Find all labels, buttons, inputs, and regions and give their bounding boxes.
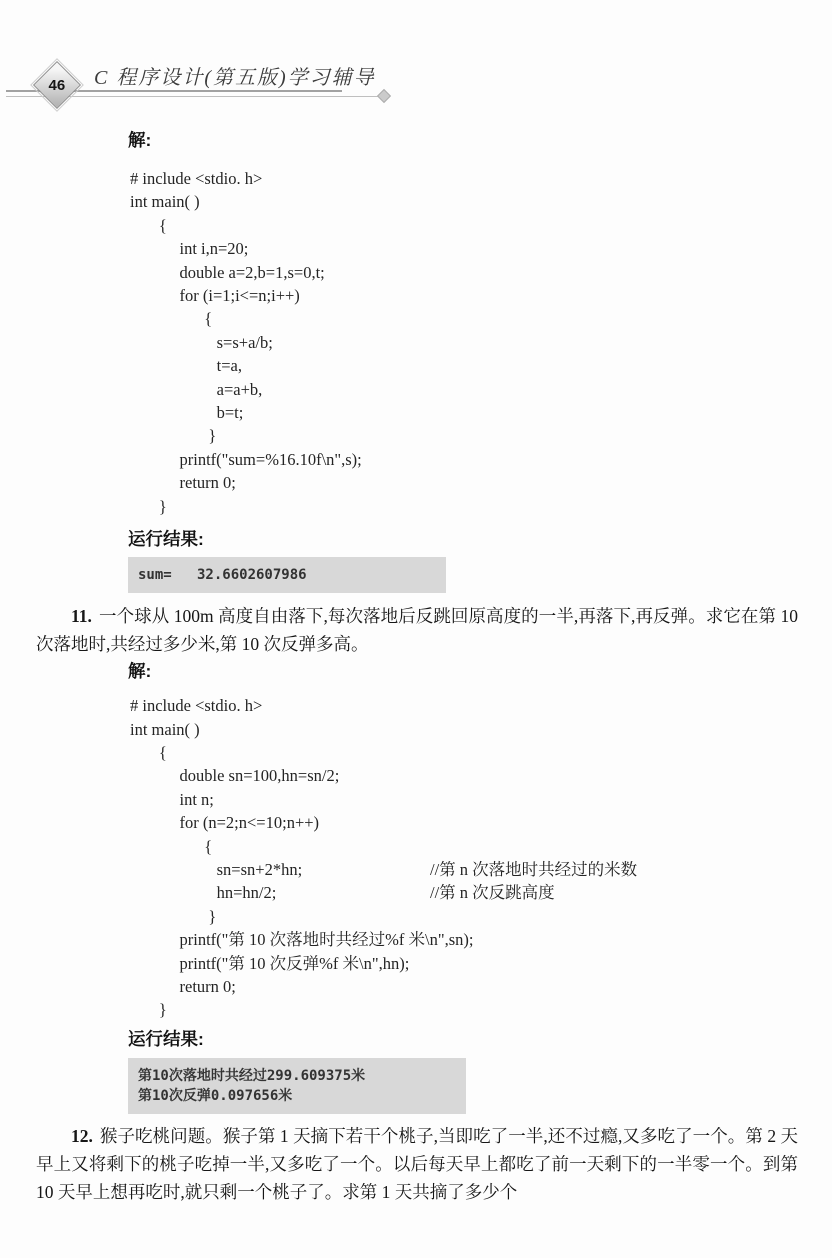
code-text: } (130, 426, 216, 445)
code-text: for (n=2;n<=10;n++) (130, 813, 319, 832)
code-text: hn=hn/2; (130, 883, 276, 902)
code-comment: //第 n 次反跳高度 (430, 881, 555, 904)
code-line: } (130, 424, 798, 447)
code-text: sn=sn+2*hn; (130, 860, 302, 879)
code-line: int main( ) (130, 190, 798, 213)
running-head-title: C 程序设计(第五版)学习辅导 (94, 61, 376, 90)
problem-12-text: 猴子吃桃问题。猴子第 1 天摘下若干个桃子,当即吃了一半,还不过瘾,又多吃了一个… (36, 1126, 798, 1202)
code-text: printf("第 10 次落地时共经过%f 米\n",sn); (130, 930, 473, 949)
page-number-badge: 46 (33, 61, 81, 109)
code-line: { (130, 307, 798, 330)
code-text: { (130, 309, 212, 328)
header-rule-diamond-ornament (377, 89, 391, 103)
problem-11-statement: 11.一个球从 100m 高度自由落下,每次落地后反跳回原高度的一半,再落下,再… (36, 602, 798, 658)
code-line: int main( ) (130, 718, 798, 741)
code-text: return 0; (130, 977, 236, 996)
console-output-problem10: sum= 32.6602607986 (128, 557, 446, 593)
console-output-problem11: 第10次落地时共经过299.609375米 第10次反弹0.097656米 (128, 1058, 466, 1114)
code-line: return 0; (130, 471, 798, 494)
textbook-page: 46 C 程序设计(第五版)学习辅导 解: # include <stdio. … (0, 0, 832, 1258)
code-text: t=a, (130, 356, 242, 375)
page-number: 46 (49, 77, 66, 94)
code-line: sn=sn+2*hn;//第 n 次落地时共经过的米数 (130, 858, 798, 881)
code-text: for (i=1;i<=n;i++) (130, 286, 300, 305)
code-line: } (130, 998, 798, 1021)
code-line: printf("sum=%16.10f\n",s); (130, 448, 798, 471)
code-text: printf("sum=%16.10f\n",s); (130, 450, 362, 469)
code-line: } (130, 495, 798, 518)
code-text: return 0; (130, 473, 236, 492)
code-line: a=a+b, (130, 378, 798, 401)
code-text: { (130, 837, 212, 856)
code-line: for (n=2;n<=10;n++) (130, 811, 798, 834)
code-text: s=s+a/b; (130, 333, 273, 352)
code-line: int i,n=20; (130, 237, 798, 260)
code-text: } (130, 497, 167, 516)
code-text: double a=2,b=1,s=0,t; (130, 263, 325, 282)
code-line: double sn=100,hn=sn/2; (130, 764, 798, 787)
code-text: int i,n=20; (130, 239, 248, 258)
code-text: int n; (130, 790, 214, 809)
code-line: b=t; (130, 401, 798, 424)
code-line: return 0; (130, 975, 798, 998)
code-comment: //第 n 次落地时共经过的米数 (430, 858, 637, 881)
code-text: int main( ) (130, 192, 200, 211)
code-text: # include <stdio. h> (130, 169, 262, 188)
code-text: b=t; (130, 403, 243, 422)
code-line: { (130, 214, 798, 237)
code-text: } (130, 1000, 167, 1019)
code-text: } (130, 907, 216, 926)
code-line: int n; (130, 788, 798, 811)
page-content: 解: # include <stdio. h>int main( ) { int… (36, 108, 798, 1258)
code-line: # include <stdio. h> (130, 694, 798, 717)
run-result-label: 运行结果: (128, 527, 798, 552)
code-line: hn=hn/2;//第 n 次反跳高度 (130, 881, 798, 904)
code-text: a=a+b, (130, 380, 262, 399)
code-text: { (130, 216, 167, 235)
code-line: printf("第 10 次落地时共经过%f 米\n",sn); (130, 928, 798, 951)
code-line: # include <stdio. h> (130, 167, 798, 190)
run-result-label: 运行结果: (128, 1027, 798, 1052)
code-line: s=s+a/b; (130, 331, 798, 354)
code-line: t=a, (130, 354, 798, 377)
code-text: int main( ) (130, 720, 200, 739)
code-line: for (i=1;i<=n;i++) (130, 284, 798, 307)
solution-label: 解: (128, 128, 798, 153)
problem-12-number: 12. (71, 1126, 93, 1146)
code-line: } (130, 905, 798, 928)
code-listing-problem11: # include <stdio. h>int main( ) { double… (130, 694, 798, 1022)
problem-12-statement: 12.猴子吃桃问题。猴子第 1 天摘下若干个桃子,当即吃了一半,还不过瘾,又多吃… (36, 1122, 798, 1206)
problem-11-number: 11. (71, 606, 92, 626)
code-line: printf("第 10 次反弹%f 米\n",hn); (130, 952, 798, 975)
code-line: { (130, 741, 798, 764)
code-text: double sn=100,hn=sn/2; (130, 766, 339, 785)
code-line: { (130, 835, 798, 858)
code-text: printf("第 10 次反弹%f 米\n",hn); (130, 954, 409, 973)
problem-11-text: 一个球从 100m 高度自由落下,每次落地后反跳回原高度的一半,再落下,再反弹。… (36, 606, 798, 654)
solution-label: 解: (128, 659, 798, 684)
code-listing-problem10: # include <stdio. h>int main( ) { int i,… (130, 167, 798, 518)
code-line: double a=2,b=1,s=0,t; (130, 261, 798, 284)
code-text: # include <stdio. h> (130, 696, 262, 715)
code-text: { (130, 743, 167, 762)
